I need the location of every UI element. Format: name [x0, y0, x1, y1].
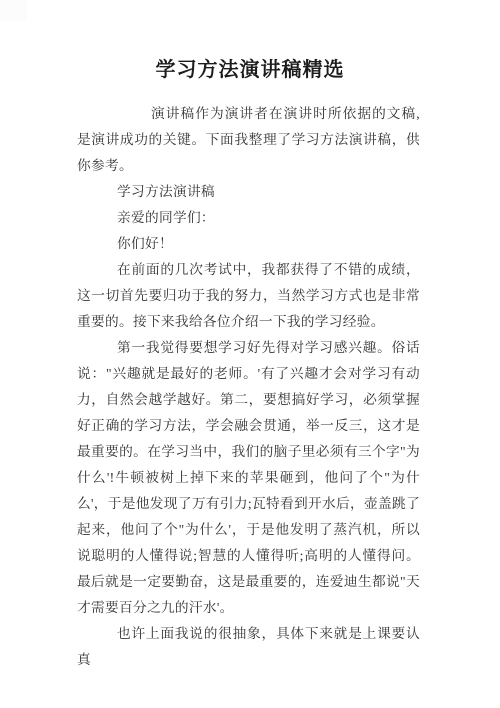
- paragraph-subtitle: 学习方法演讲稿: [77, 179, 420, 205]
- document-body: 演讲稿作为演讲者在演讲时所依据的文稿,是演讲成功的关键。下面我整理了学习方法演讲…: [0, 85, 500, 673]
- paragraph-greeting: 你们好！: [77, 231, 420, 257]
- paragraph-body-3: 也许上面我说的很抽象，具体下来就是上课要认真: [77, 621, 420, 673]
- paragraph-intro: 演讲稿作为演讲者在演讲时所依据的文稿,是演讲成功的关键。下面我整理了学习方法演讲…: [77, 101, 420, 179]
- paragraph-body-1: 在前面的几次考试中，我都获得了不错的成绩，这一切首先要归功于我的努力，当然学习方…: [77, 257, 420, 335]
- document-page: 学习方法演讲稿精选 演讲稿作为演讲者在演讲时所依据的文稿,是演讲成功的关键。下面…: [0, 0, 500, 708]
- page-title: 学习方法演讲稿精选: [0, 55, 500, 85]
- paragraph-body-2: 第一我觉得要想学习好先得对学习感兴趣。俗话说："兴趣就是最好的老师。'有了兴趣才…: [77, 335, 420, 621]
- paragraph-salutation: 亲爱的同学们：: [77, 205, 420, 231]
- corner-artifact: [0, 0, 27, 21]
